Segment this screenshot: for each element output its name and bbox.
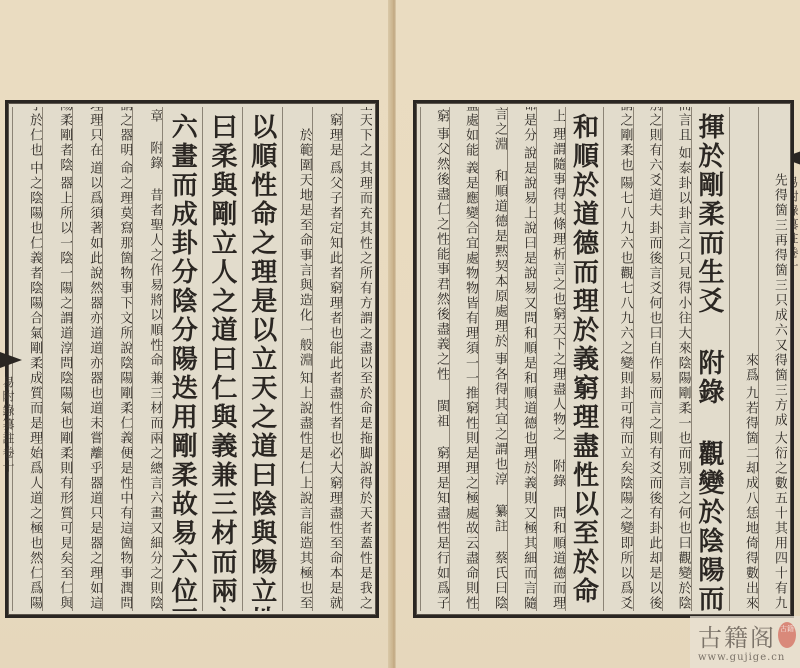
commentary-line: 之所自來處故云至若許昇窮理是理會得道理窮盡盡性是做到盡處如能 — [463, 107, 478, 158]
watermark-url: www.gujige.cn — [698, 652, 785, 663]
commentary-column: 命之理莫寫那箇物事下文所說陰陽剛柔仁義便是性中有這箇物事潤問道理也陰陽氣也何故以… — [102, 107, 132, 611]
commentary-column: 器上所以一陰一陽之謂道淳問陰陽氣也剛柔則有形質可見矣至仁與義則又合氣與形而理具焉… — [42, 107, 72, 611]
commentary-line: 說是說易上說曰是說易又問和順是和順道德也理於義則又極其細而言隨 — [521, 143, 536, 611]
commentary-line: 道以爲須著如此說然器亦道道亦器也道未嘗離乎器道只是器之理如這 — [87, 158, 102, 611]
left-text-frame: 其理而充其性之所有方謂之盡以至於命是拖脚說得於天者蓋性是我之所至者命是天之所以與… — [5, 100, 379, 618]
commentary-line: 分奇偶便是畫積畫便成卦卦中看畫 陽近於造化而言發揮剛柔近於人事而言且 — [676, 107, 691, 143]
seal-icon: 古籍 — [778, 622, 796, 648]
commentary-line: 中之陰陽也仁義者陰陽合氣剛柔成質而是理始爲人道之極也然仁爲陽 — [27, 158, 42, 611]
commentary-column: 大衍之數五十其用四十有九先得箇三再得箇三只成六又得箇三方成 — [758, 107, 787, 611]
left-columns: 其理而充其性之所有方謂之盡以至於命是拖脚說得於天者蓋性是我之所至者命是天之所以與… — [12, 107, 372, 611]
right-columns: 大衍之數五十其用四十有九先得箇三再得箇三只成六又得箇三方成九若得箇二却成八恁地倚… — [420, 107, 787, 611]
commentary-line: 知所以爲孝爲臣知所以爲忠此窮理也爲子能孝爲臣能忠此盡性也能窮 — [434, 107, 449, 124]
commentary-column: 事父然後盡仁之性能事君然後盡義之性 閩祖 窮理是知盡性是行如爲子知所以爲孝爲臣知… — [420, 107, 449, 611]
commentary-column: 說是說易上說曰是說易又問和順是和順道德也理於義則又極其細而言隨於義如吉凶消長之道… — [507, 107, 536, 611]
main-text-column: 六畫而成卦分陰分陽迭用剛柔故易六位而成章 — [162, 107, 202, 611]
commentary-line: 爲父子者定知此者窮理者也能此者盡性者也必大窮理盡性至命本是就 — [327, 158, 342, 611]
commentary-column: 九若得箇二却成八恁地倚得數出來來爲 — [729, 107, 758, 611]
commentary-column: 知上說盡性是仁上說言能造其極也至於範圍天地是至命事言與造化一般淵 — [282, 107, 312, 611]
main-text-column: 和順於道德而理於義窮理盡性以至於命 — [565, 107, 603, 611]
commentary-line: 命之理莫寫那箇物事下文所說陰陽剛柔仁義便是性中有這箇物事潤問 — [117, 158, 132, 611]
right-text-frame: 大衍之數五十其用四十有九先得箇三再得箇三只成六又得箇三方成九若得箇二却成八恁地倚… — [413, 100, 794, 618]
commentary-line: 於義如吉凶消長之道順而無逆是和順道德而理於義是統說底窮理盡性至命是分 — [521, 107, 536, 143]
main-text-column: 曰柔與剛立人之道曰仁與義兼三材而兩之故易 — [202, 107, 242, 611]
commentary-line: 所至者命是天之所以與我者也昔嘗與人論舜事舜盡事親之道至天下之 — [357, 107, 372, 158]
commentary-column: 道以爲須著如此說然器亦道道亦器也道未嘗離乎器道只是器之理如這交椅是器可坐便是交椅… — [72, 107, 102, 611]
commentary-line: 大衍之數五十其用四十有九 — [772, 428, 787, 611]
commentary-line: 於範圍天地是至命事言與造化一般淵 — [297, 125, 312, 368]
commentary-line: 知上說盡性是仁上說言能造其極也至 — [297, 368, 312, 611]
commentary-line: 卦而後言爻何也曰自作易而言之則有爻而後有卦此却是以後 — [647, 218, 662, 611]
commentary-line: 事各得其宜之謂也淳 纂註 蔡氏曰陰 — [492, 349, 507, 611]
commentary-column: 陽七八九六也觀七八九六之變則卦可得而立矣陰陽之變即所以爲爻後言發揮剛柔而生爻者蓋… — [603, 107, 632, 611]
commentary-line: 性而合於天道此聖人作易之極功也○此第一章 於義是就聖人上 — [550, 107, 565, 124]
commentary-column: 爲父子者定知此者窮理者也能此者盡性者也必大窮理盡性至命本是就易上說易上皆說物理便… — [312, 107, 342, 611]
commentary-line: 陽之位間雜而成文章也○此第二章 附錄 昔者聖人之作易將以順性命 — [147, 107, 162, 368]
commentary-column: 其理而充其性之所有方謂之盡以至於命是拖脚說得於天者蓋性是我之所至者命是天之所以與… — [342, 107, 372, 611]
commentary-line: 器上所以一陰一陽之謂道淳問陰陽氣也剛柔則有形質可見矣至仁與 — [57, 173, 72, 611]
commentary-line: 事父然後盡仁之性能事君然後盡義之性 閩祖 窮理是知盡性是行如爲子 — [434, 124, 449, 611]
commentary-line: 先得箇三再得箇三只成六又得箇三方成 — [772, 170, 787, 428]
commentary-column: 理謂隨事得其條理析言之也窮天下之理盡人物之 附錄 問和順道德而理性而合於天道此聖… — [536, 107, 565, 611]
commentary-column: 兼三材而兩之總言六畫又細分之則陰陽之位間雜而成文章也○此第二章 附錄 昔者聖人之… — [132, 107, 162, 611]
commentary-column: 事各得其宜之謂也淳 纂註 蔡氏曰陰說底上一句是離合言之下一句以淺深言之淵 和順道… — [478, 107, 507, 611]
commentary-column: 如泰卦以卦言之只見得小往大來陰陽剛柔一也而別言之何也曰觀變於陰分奇偶便是畫積畫便… — [662, 107, 691, 611]
commentary-line: 交椅是器可坐便是交椅之理人身是器語言動作便是人之理理只在 — [87, 107, 102, 158]
commentary-line: 道理也陰陽氣也何故以陰陽爲道曰形而上者謂之道形而下者謂之器明 — [117, 107, 132, 158]
commentary-line: 陽七八九六也觀七八九六之變則卦可得而立矣陰陽之變即所以爲爻 — [618, 173, 633, 611]
commentary-line: 人觀易而言方其立卦時只見得是卦及細別之則有六爻道夫 — [647, 107, 662, 218]
commentary-line: 其理而充其性之所有方謂之盡以至於命是拖脚說得於天者蓋性是我之 — [357, 158, 372, 611]
commentary-line: 後言發揮剛柔而生爻者蓋未入用則謂之陰陽已入用則謂之剛柔也 — [618, 107, 633, 173]
watermark-title: 古籍阁 — [698, 618, 776, 653]
left-page: 其理而充其性之所有方謂之盡以至於命是拖脚說得於天者蓋性是我之所至者命是天之所以與… — [0, 0, 393, 668]
commentary-line: 九若得箇二却成八恁地倚得數出來 — [743, 383, 758, 611]
main-text-column: 揮於剛柔而生爻 附錄 觀變於陰陽而立卦發 — [691, 107, 729, 611]
commentary-line: 如泰卦以卦言之只見得小往大來陰陽剛柔一也而別言之何也曰觀變於陰 — [676, 143, 691, 611]
commentary-line: 剛義爲陰柔仁主發生義主收斂故其分屬如此或謂楊子雲說君子於仁也 — [27, 107, 42, 158]
commentary-column: 卦而後言爻何也曰自作易而言之則有爻而後有卦此却是以後人觀易而言方其立卦時只見得是… — [633, 107, 662, 611]
watermark: 古籍阁 古籍 www.gujige.cn — [690, 616, 800, 668]
commentary-line: 易上說易上皆說物理便是窮理盡性即此便是至命也淳 互 論上傳 窮理是 — [327, 107, 342, 158]
commentary-column: 義是應變合宜處物物皆有理須一一推窮性則是理之極處故云盡命則性之所自來處故云至若許… — [449, 107, 478, 611]
commentary-line: 義則又合氣與形而理具焉然亦一而已矣蓋陰陽者陽中之陰陽柔剛者陰 — [57, 107, 72, 173]
commentary-line: 說底上一句是離合言之下一句以淺深言之淵 和順道德是黙契本原處理於 — [492, 107, 507, 349]
commentary-line: 來爲 — [743, 350, 758, 383]
main-text-column: 以順性命之理是以立天之道曰陰與陽立地之道 — [242, 107, 282, 611]
book-spread: 其理而充其性之所有方謂之盡以至於命是拖脚說得於天者蓋性是我之所至者命是天之所以與… — [0, 0, 800, 668]
commentary-line: 理謂隨事得其條理析言之也窮天下之理盡人物之 附錄 問和順道德而理 — [550, 124, 565, 611]
left-edge-label: 易附錄纂註卷十 — [0, 376, 17, 474]
commentary-line: 義是應變合宜處物物皆有理須一一推窮性則是理之極處故云盡命則性 — [463, 158, 478, 611]
commentary-line: 兼三材而兩之總言六畫又細分之則陰 — [147, 368, 162, 611]
